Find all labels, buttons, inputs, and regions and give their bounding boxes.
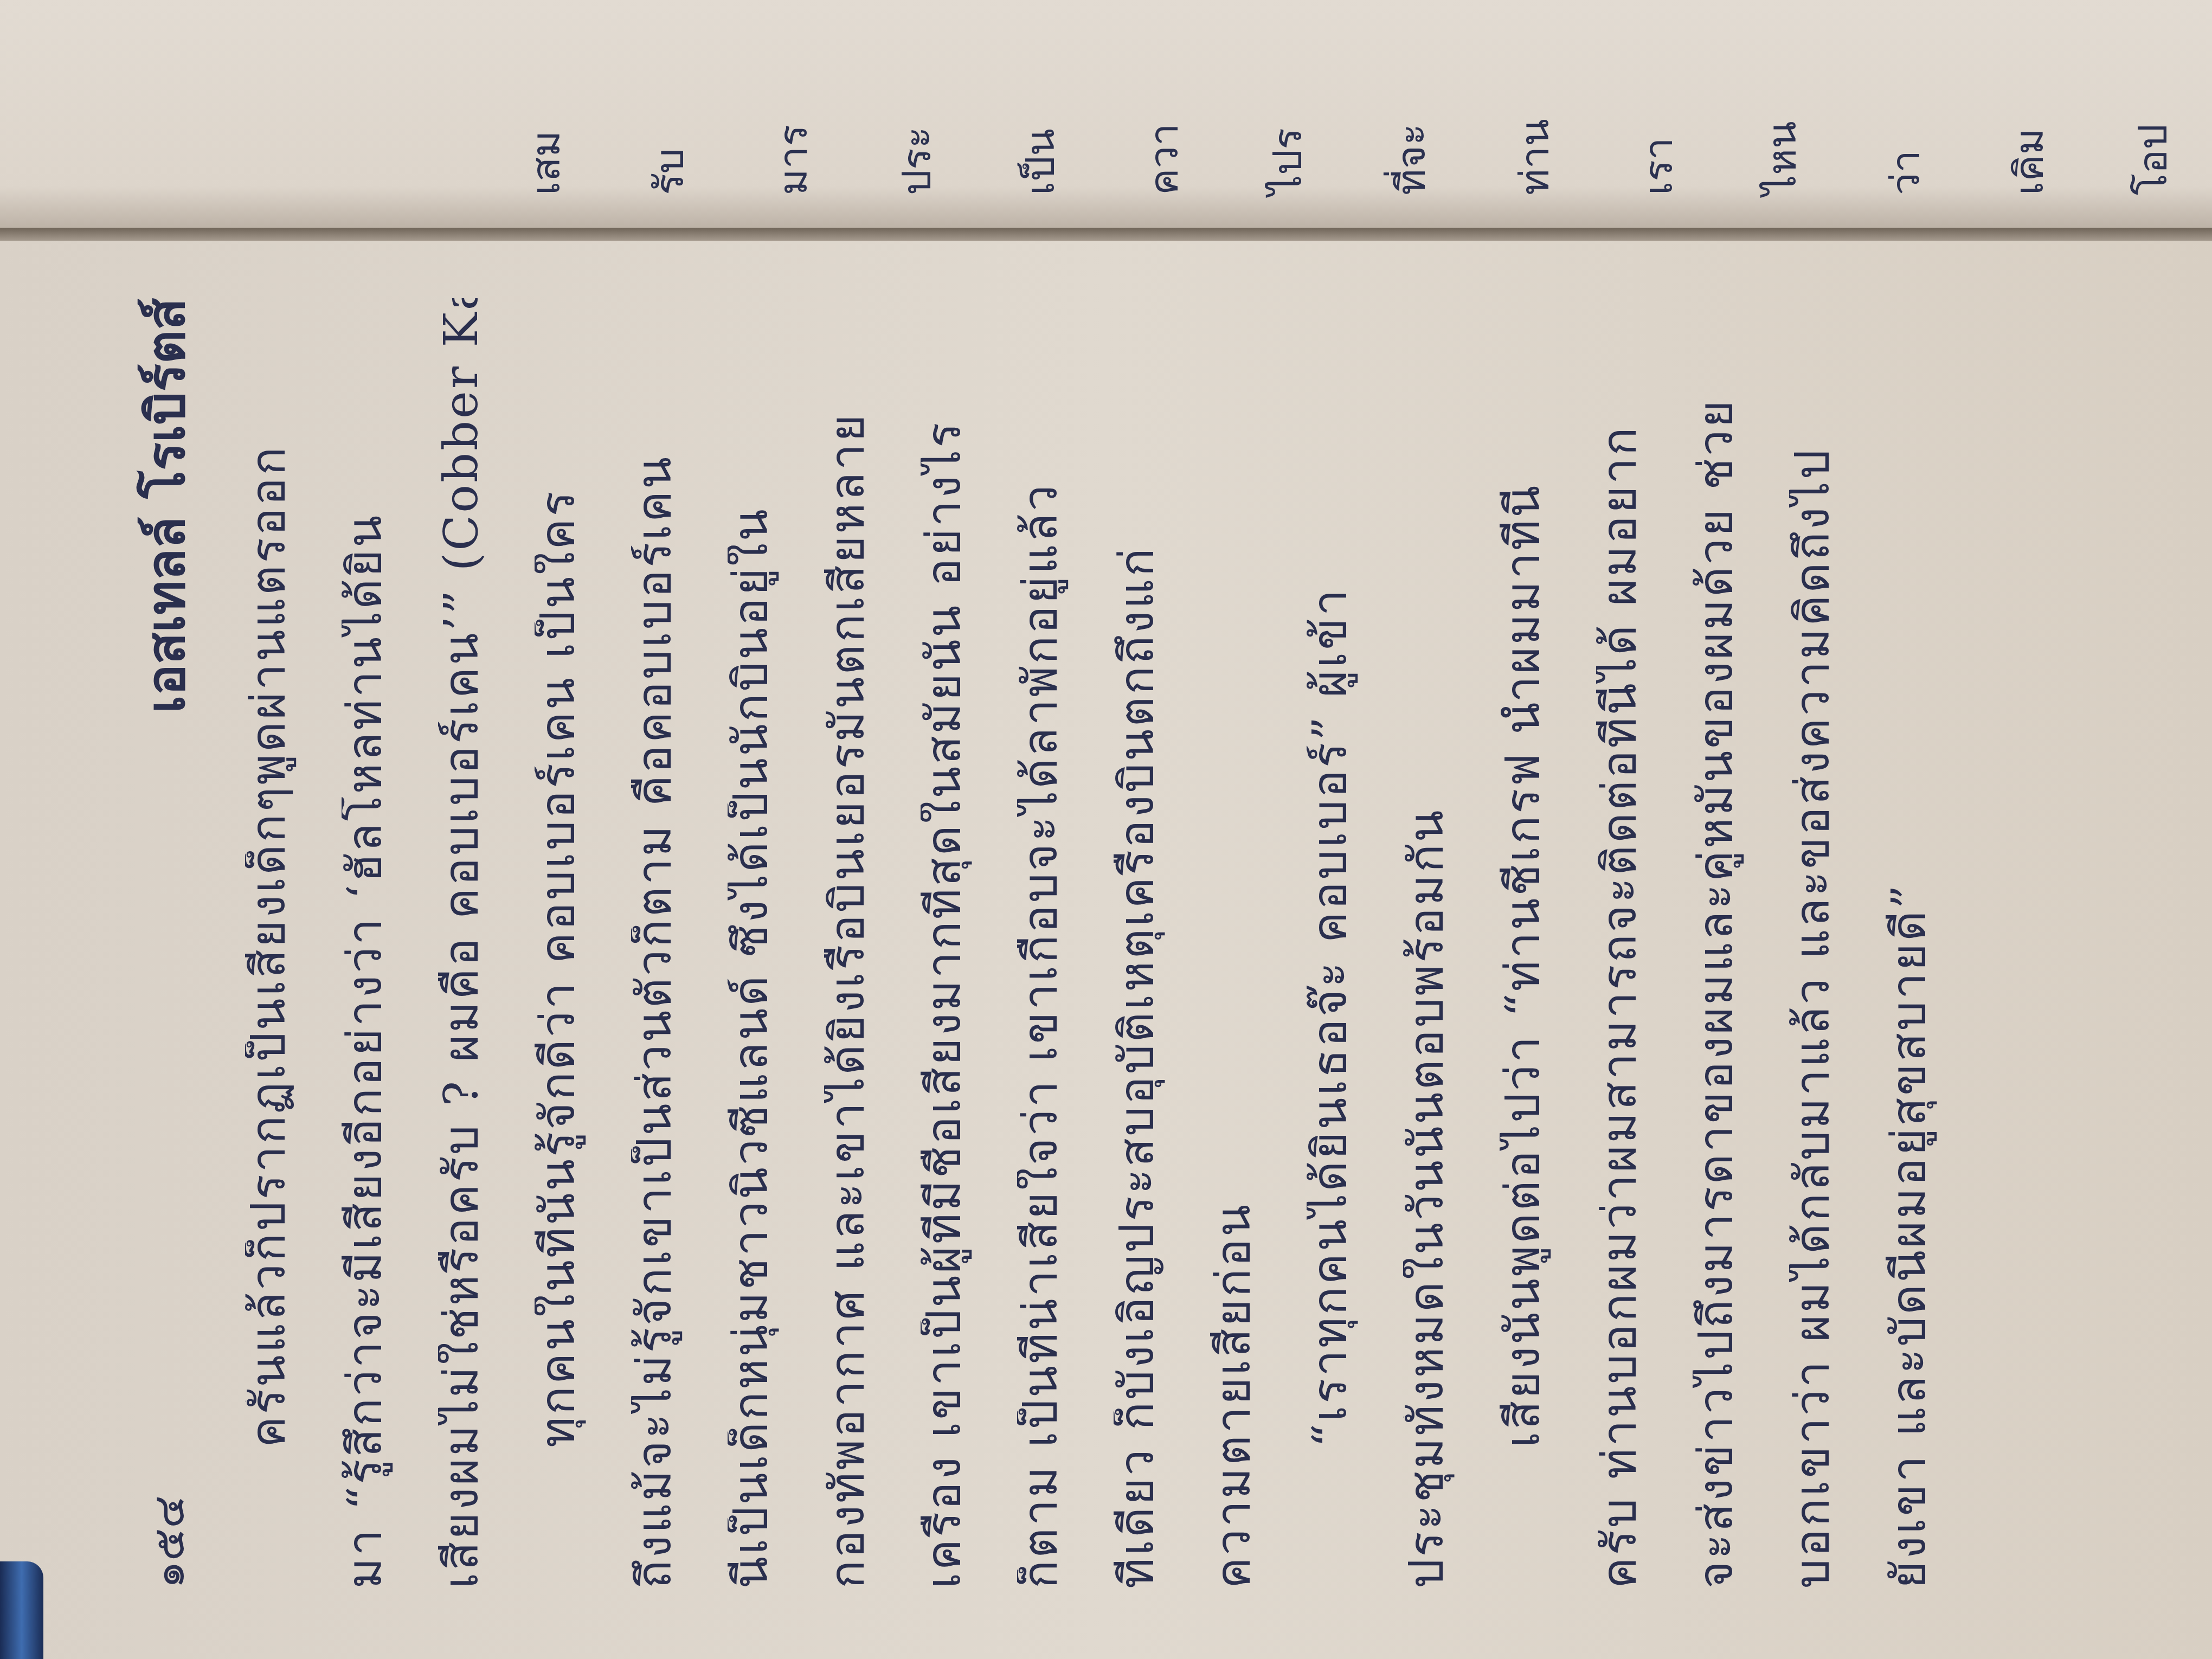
text-line: มา “รู้สึกว่าจะมีเสียงอีกอย่างว่า ‘ฮัลโห… xyxy=(342,298,438,1589)
facing-page: โอป เคิม ว่า ไหน เรา ท่าน ที่จะ ไปร ควา … xyxy=(0,0,2212,233)
book-page: ๑๕๔ เอสเทลล์ โรเบิร์ตส์ ครั้นแล้วก็ปรากฏ… xyxy=(0,241,2212,1659)
text-line: ก็ตาม เป็นที่น่าเสียใจว่า เขาเกือบจะได้ล… xyxy=(1017,298,1114,1589)
facing-fragment: ประ xyxy=(885,0,949,195)
page-number: ๑๕๔ xyxy=(134,1495,203,1589)
text-line: เสียงนั้นพูดต่อไปว่า “ท่านชีเกรฟ นำผมมาท… xyxy=(1500,298,1596,1589)
pen-object xyxy=(0,1561,43,1659)
text-line: ประชุมทั้งหมดในวันนั้นตอบพร้อมกัน xyxy=(1403,298,1500,1589)
text-line: ครับ ท่านบอกผมว่าผมสามารถจะติดต่อที่นี่ไ… xyxy=(1596,298,1693,1589)
page-text-block: ๑๕๔ เอสเทลล์ โรเบิร์ตส์ ครั้นแล้วก็ปรากฏ… xyxy=(125,298,1982,1589)
text-line: ทีเดียว ก็บังเอิญประสบอุบัติเหตุเครื่องบ… xyxy=(1114,298,1210,1589)
facing-fragment: เสม xyxy=(514,0,578,195)
rotated-page-content: ๑๕๔ เอสเทลล์ โรเบิร์ตส์ ครั้นแล้วก็ปรากฏ… xyxy=(0,241,2212,1659)
text-line: จะส่งข่าวไปถึงมารดาของผมและคู่หมั้นของผม… xyxy=(1693,298,1789,1589)
page-header: ๑๕๔ เอสเทลล์ โรเบิร์ตส์ xyxy=(125,298,207,1589)
facing-fragment: มาร xyxy=(761,0,825,195)
facing-page-fragments: โอป เคิม ว่า ไหน เรา ท่าน ที่จะ ไปร ควา … xyxy=(992,0,2201,233)
text-line: เครื่อง เขาเป็นผู้ที่มีชื่อเสียงมากที่สุ… xyxy=(921,298,1017,1589)
facing-fragment: ควา xyxy=(1132,0,1196,195)
facing-fragment: เป็น xyxy=(1008,0,1072,195)
text-line: “เราทุกคนได้ยินเธอจ๊ะ คอบเบอร์” ผู้เข้า xyxy=(1307,298,1403,1589)
facing-fragment: ที่จะ xyxy=(1379,0,1443,195)
text-line: บอกเขาว่า ผมได้กลับมาแล้ว และขอส่งความคิ… xyxy=(1789,298,1886,1589)
text-line: ทุกคนในที่นั้นรู้จักดีว่า คอบเบอร์เคน เป… xyxy=(535,298,631,1589)
page-fold-shadow xyxy=(0,228,2212,241)
facing-fragment: เรา xyxy=(1626,0,1690,195)
facing-fragment: ไปร xyxy=(1256,0,1320,195)
text-line: ถึงแม้จะไม่รู้จักเขาเป็นส่วนตัวก็ตาม คือ… xyxy=(631,298,728,1589)
text-line: กองทัพอากาศ และเขาได้ยิงเรือบินเยอรมันตก… xyxy=(824,298,921,1589)
running-header: เอสเทลล์ โรเบิร์ตส์ xyxy=(125,298,207,713)
facing-fragment: ว่า xyxy=(1874,0,1938,195)
facing-fragment: เคิม xyxy=(1997,0,2061,195)
text-line: นี้เป็นเด็กหนุ่มชาวนิวซีแลนด์ ซึ่งได้เป็… xyxy=(728,298,824,1589)
text-line: ยังเขา และบัดนี้ผมอยู่สุขสบายดี” xyxy=(1886,298,1982,1589)
text-line: เสียงผมไม่ใช่หรือครับ ? ผมคือ คอบเบอร์เค… xyxy=(438,298,535,1589)
facing-fragment: ท่าน xyxy=(1503,0,1567,195)
text-line: ความตายเสียก่อน xyxy=(1210,298,1307,1589)
facing-fragment: โอป xyxy=(2121,0,2185,195)
facing-fragment: ไหน xyxy=(1750,0,1814,195)
text-line: ครั้นแล้วก็ปรากฏเป็นเสียงเด็กๆพูดผ่านแตร… xyxy=(245,298,342,1589)
facing-fragment: รับ xyxy=(638,0,702,195)
